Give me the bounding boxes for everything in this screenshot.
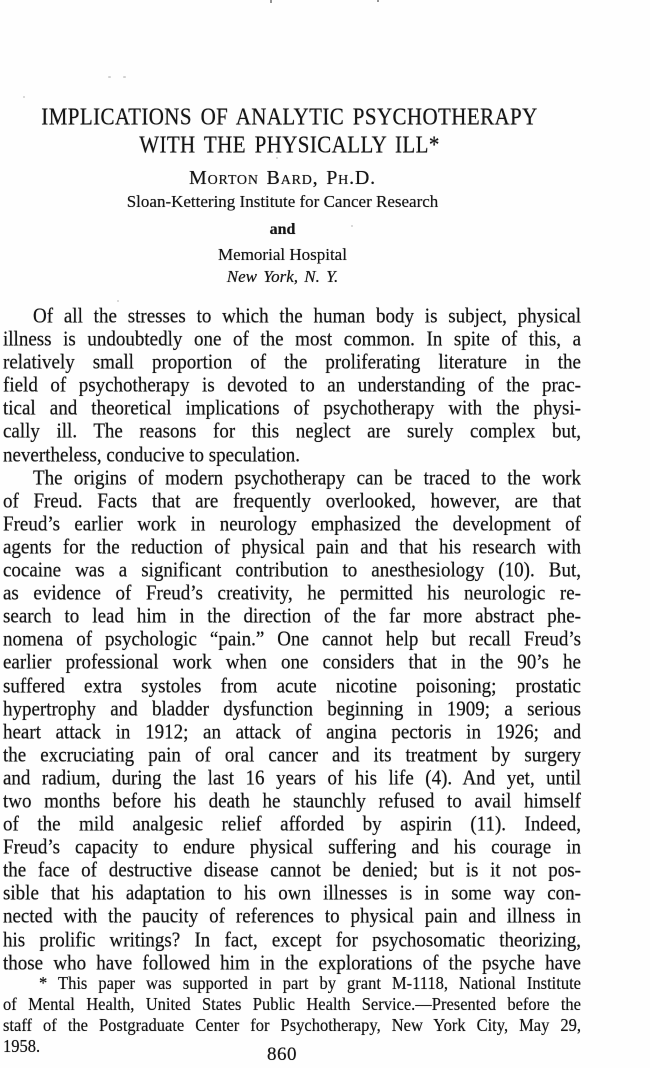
text-line: suffered extra systoles from acute nicot… (3, 674, 581, 699)
text-line: earlier professional work when one consi… (3, 650, 581, 675)
text-line: his prolific writings? In fact, except f… (3, 928, 581, 953)
text-line: cally ill. The reasons for this neglect … (3, 419, 581, 444)
article-body: Of all the stresses to which the human b… (3, 304, 581, 974)
text-line: relatively small proportion of the proli… (3, 350, 581, 375)
text-line: field of psychotherapy is devoted to an … (3, 373, 581, 398)
author-name: Morton Bard, Ph.D. (3, 167, 581, 190)
text-line: tical and theoretical implications of ps… (3, 396, 581, 421)
text-line: the excruciating pain of oral cancer and… (3, 743, 581, 768)
text-line: illness is undoubtedly one of the most c… (3, 327, 581, 352)
text-line: of Mental Health, United States Public H… (3, 993, 581, 1015)
text-line: hypertrophy and bladder dysfunction begi… (3, 697, 581, 722)
page-number: 860 (3, 1044, 581, 1066)
text-line: * This paper was supported in part by gr… (3, 972, 581, 994)
text-line: and radium, during the last 16 years of … (3, 766, 581, 791)
text-line: The origins of modern psychotherapy can … (3, 466, 581, 491)
text-line: nomena of psychologic “pain.” One cannot… (3, 627, 581, 652)
scanned-paper-page: IMPLICATIONS OF ANALYTIC PSYCHOTHERAPY W… (0, 0, 650, 1068)
article-title-line-1: IMPLICATIONS OF ANALYTIC PSYCHOTHERAPY (3, 102, 581, 132)
text-line: of Freud. Facts that are frequently over… (3, 489, 581, 514)
text-line: Freud’s capacity to endure physical suff… (3, 835, 581, 860)
text-line: Freud’s earlier work in neurology emphas… (3, 512, 581, 537)
text-line: as evidence of Freud’s creativity, he pe… (3, 581, 581, 606)
affiliation-conjunction: and (3, 221, 581, 239)
text-line: sible that his adaptation to his own ill… (3, 881, 581, 906)
text-line: nected with the paucity of references to… (3, 904, 581, 929)
text-line: agents for the reduction of physical pai… (3, 535, 581, 560)
article-title-line-2: WITH THE PHYSICALLY ILL* (3, 130, 581, 160)
author-affiliation-1: Sloan-Kettering Institute for Cancer Res… (3, 192, 581, 212)
text-line: of the mild analgesic relief afforded by… (3, 812, 581, 837)
text-line: Of all the stresses to which the human b… (3, 304, 581, 329)
text-line: search to lead him in the direction of t… (3, 604, 581, 629)
text-line: two months before his death he staunchly… (3, 789, 581, 814)
author-affiliation-2: Memorial Hospital (3, 245, 581, 265)
text-line: cocaine was a significant contribution t… (3, 558, 581, 583)
text-line: staff of the Postgraduate Center for Psy… (3, 1014, 581, 1036)
text-line: heart attack in 1912; an attack of angin… (3, 720, 581, 745)
affiliation-location: New York, N. Y. (3, 267, 581, 287)
text-line: the face of destructive disease cannot b… (3, 858, 581, 883)
text-line: nevertheless, conducive to speculation. (3, 443, 581, 468)
page-content: IMPLICATIONS OF ANALYTIC PSYCHOTHERAPY W… (3, 0, 581, 1068)
